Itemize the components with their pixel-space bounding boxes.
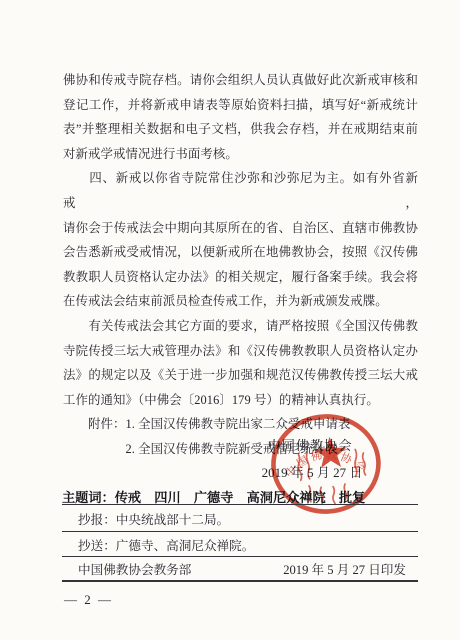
signature-org: 中国佛教协会: [240, 435, 380, 454]
body-line: 表”并整理相关数据和电子文档，供我会存档，并在戒期结束前: [63, 117, 418, 142]
subject-value: 传戒 四川 广德寺 高洞尼众禅院 批复: [115, 490, 366, 505]
body-line: 法》的规定以及《关于进一步加强和规范汉传佛教传授三坛大戒: [63, 363, 418, 388]
copy-report-row: 抄报：中央统战部十二局。: [62, 505, 418, 531]
body-line: 工作的通知》（中佛会〔2016〕179 号）的精神认真执行。: [63, 388, 418, 413]
document-page: 佛协和传戒寺院存档。请你会组织人员认真做好此次新戒审核和登记工作，并将新戒申请表…: [0, 0, 460, 640]
copy-report-value: 中央统战部十二局。: [116, 509, 229, 528]
copy-report-label: 抄报：: [78, 509, 116, 528]
body-line: 教教职人员资格认定办法》的相关规定，履行备案手续。我会将: [63, 265, 418, 290]
subject-row: 主题词：传戒 四川 广德寺 高洞尼众禅院 批复: [62, 487, 418, 504]
body-line: 附件：1. 全国汉传佛教寺院出家二众受戒申请表: [63, 412, 418, 437]
subject-label: 主题词：: [62, 490, 115, 505]
issuer-name: 中国佛教协会教务部: [78, 559, 191, 578]
letter-body: 佛协和传戒寺院存档。请你会组织人员认真做好此次新戒审核和登记工作，并将新戒申请表…: [63, 68, 418, 462]
page-number: — 2 —: [64, 592, 460, 608]
copy-send-row: 抄送：广德寺、高洞尼众禅院。: [62, 532, 418, 556]
signature-date: 2019 年 5 月 27 日: [232, 462, 392, 481]
copy-send-label: 抄送：: [78, 535, 116, 554]
body-line: 请你会于传戒法会中期向其原所在的省、自治区、直辖市佛教协: [63, 216, 418, 241]
docket-footer: 主题词：传戒 四川 广德寺 高洞尼众禅院 批复 抄报：中央统战部十二局。 抄送：…: [0, 487, 460, 608]
print-row: 中国佛教协会教务部 2019 年 5 月 27 日印发: [62, 557, 418, 580]
body-line: 佛协和传戒寺院存档。请你会组织人员认真做好此次新戒审核和: [63, 68, 418, 93]
body-line: 有关传戒法会其它方面的要求，请严格按照《全国汉传佛教: [63, 314, 418, 339]
body-line: 寺院传授三坛大戒管理办法》和《汉传佛教教职人员资格认定办: [63, 339, 418, 364]
body-line: 四、新戒以你省寺院常住沙弥和沙弥尼为主。如有外省新戒，: [63, 166, 418, 215]
body-line: 在传戒法会结束前派员检查传戒工作，并为新戒颁发戒牒。: [63, 289, 418, 314]
divider-rule-4: [62, 580, 418, 582]
copy-send-value: 广德寺、高洞尼众禅院。: [116, 535, 255, 554]
body-line: 会告悉新戒受戒情况，以便新戒所在地佛教协会，按照《汉传佛: [63, 240, 418, 265]
body-line: 登记工作，并将新戒申请表等原始资料扫描，填写好“新戒统计: [63, 93, 418, 118]
print-date: 2019 年 5 月 27 日印发: [283, 559, 406, 578]
body-line: 对新戒学戒情况进行书面考核。: [63, 142, 418, 167]
